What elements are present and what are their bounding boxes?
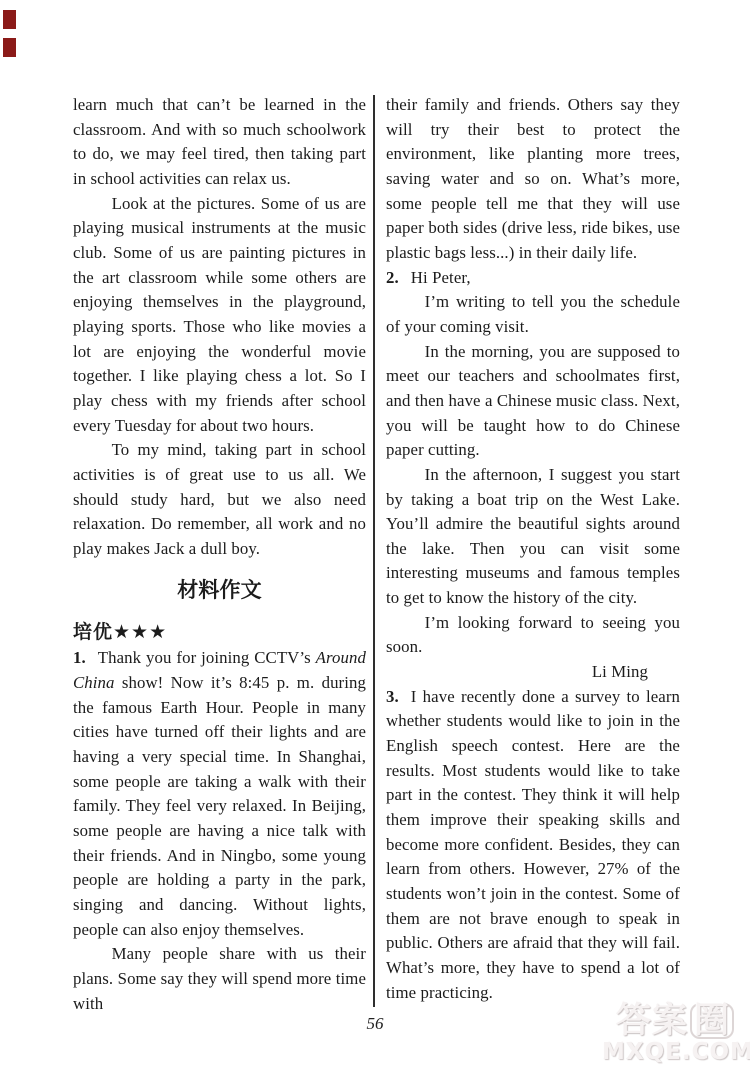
paragraph: In the afternoon, I suggest you start by… <box>386 463 680 611</box>
paragraph: In the morning, you are supposed to meet… <box>386 340 680 463</box>
paragraph: their family and friends. Others say the… <box>386 93 680 266</box>
text-column-left: learn much that can’t be learned in the … <box>73 93 366 1016</box>
item-number: 2. <box>386 268 399 287</box>
watermark-brand-prefix: 答案 <box>616 1001 688 1041</box>
signature: Li Ming <box>386 660 680 685</box>
red-corner-mark <box>3 10 16 29</box>
paragraph: I’m looking forward to seeing you soon. <box>386 611 680 660</box>
item-text: I have recently done a survey to learn w… <box>386 687 680 1002</box>
scanned-answer-page: learn much that can’t be learned in the … <box>0 0 750 1067</box>
red-corner-mark <box>3 38 16 57</box>
difficulty-heading: 培优★★★ <box>73 618 366 646</box>
watermark: 答案圈 MXQE.COM <box>602 1002 748 1064</box>
text-column-right: their family and friends. Others say the… <box>386 93 680 1005</box>
answer-item: 2.Hi Peter, <box>386 266 680 291</box>
item-text: show! Now it’s 8:45 p. m. during the fam… <box>73 673 366 939</box>
item-number: 3. <box>386 687 399 706</box>
paragraph: To my mind, taking part in school activi… <box>73 438 366 561</box>
answer-item: 1.Thank you for joining CCTV’s Around Ch… <box>73 646 366 942</box>
item-number: 1. <box>73 648 86 667</box>
column-divider-rule <box>373 95 375 1007</box>
item-text: Thank you for joining CCTV’s <box>98 648 316 667</box>
paragraph: Many people share with us their plans. S… <box>73 942 366 1016</box>
paragraph: I’m writing to tell you the schedule of … <box>386 290 680 339</box>
watermark-brand-text: 答案圈 <box>602 1002 748 1040</box>
section-heading: 材料作文 <box>73 575 366 605</box>
paragraph: learn much that can’t be learned in the … <box>73 93 366 192</box>
watermark-site-text: MXQE.COM <box>602 1040 748 1064</box>
paragraph: Look at the pictures. Some of us are pla… <box>73 192 366 439</box>
watermark-circled-char: 圈 <box>690 1003 734 1039</box>
item-text: Hi Peter, <box>411 268 471 287</box>
answer-item: 3.I have recently done a survey to learn… <box>386 685 680 1006</box>
